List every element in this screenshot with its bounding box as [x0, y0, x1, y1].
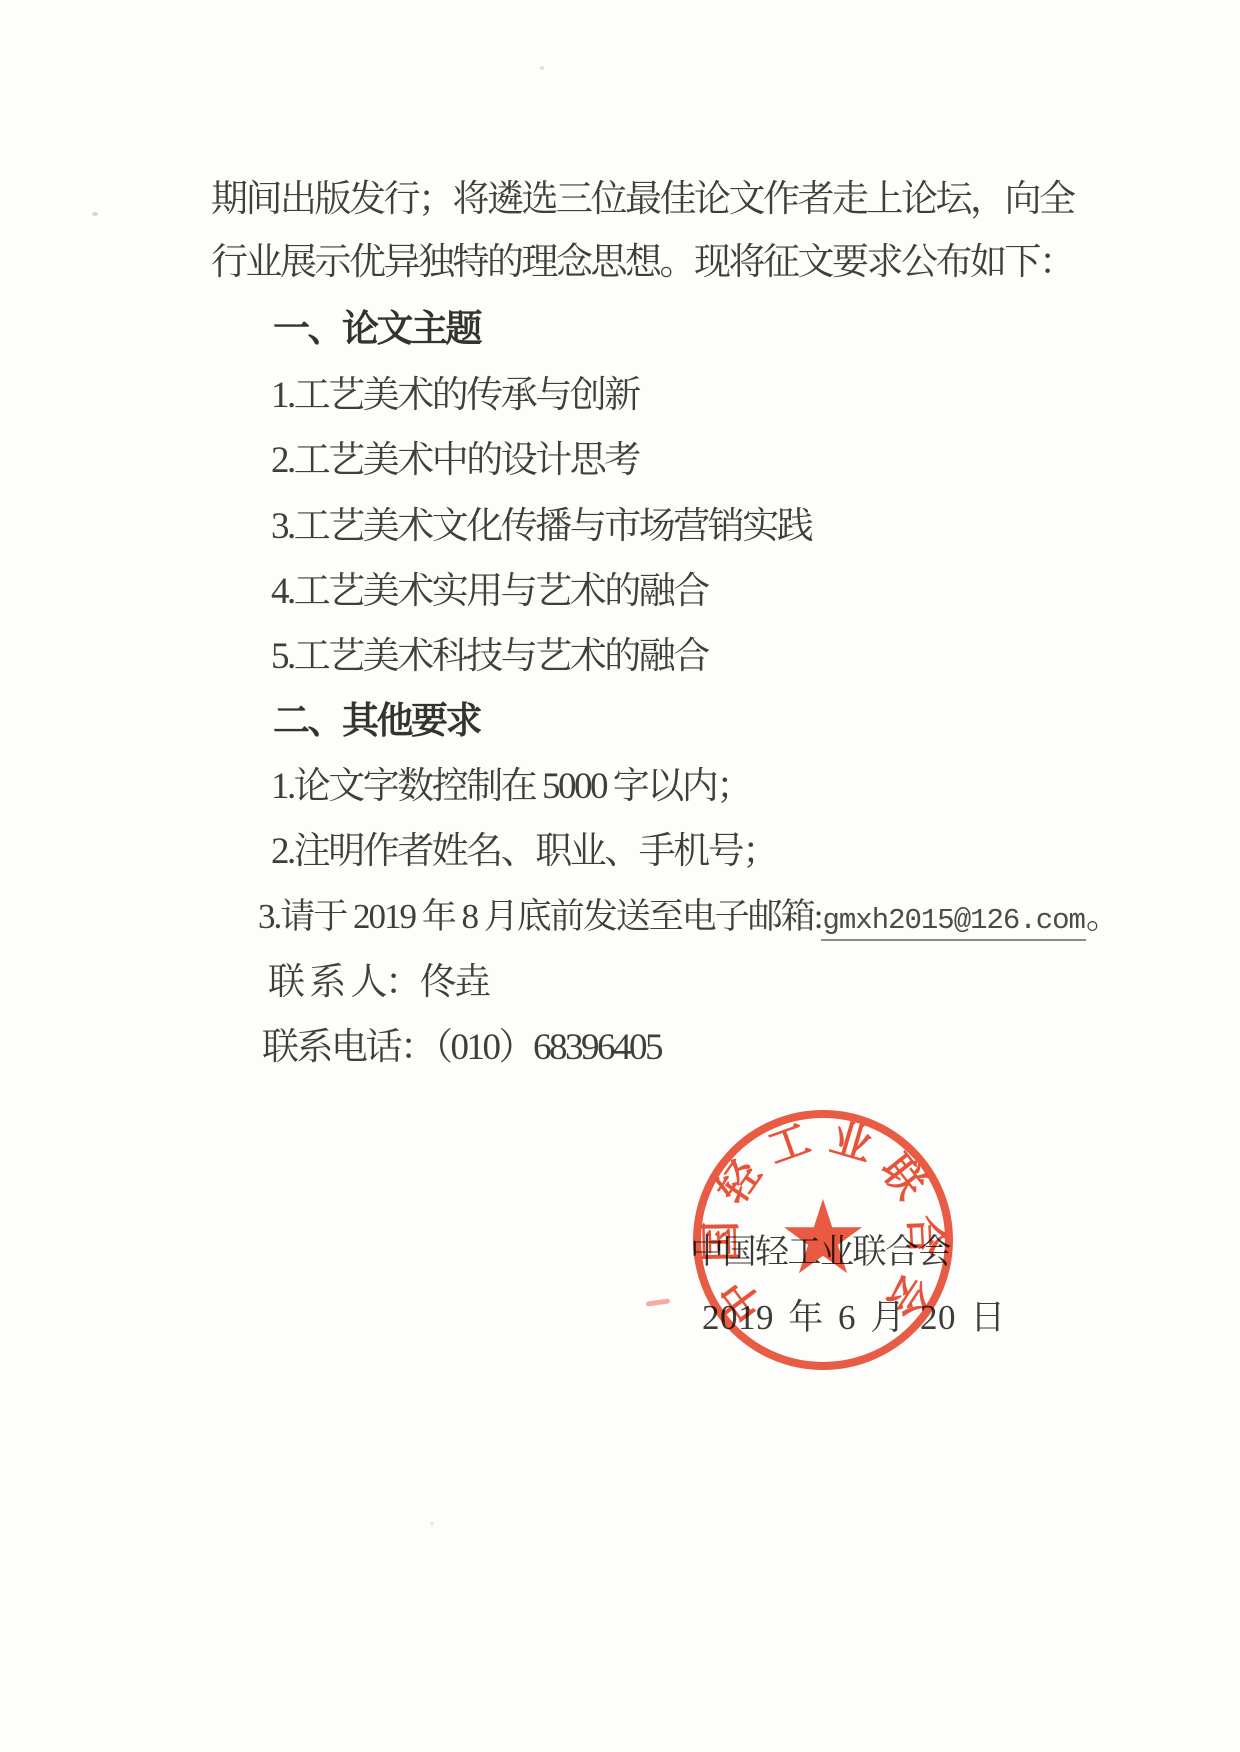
scan-speck — [430, 1522, 434, 1525]
scan-speck — [92, 212, 98, 216]
email-address: gmxh2015@126.com — [821, 904, 1085, 941]
intro-line-1: 期间出版发行；将遴选三位最佳论文作者走上论坛，向全 — [211, 181, 1074, 218]
requirement-item-1: 1.论文字数控制在 5000 字以内； — [271, 768, 751, 805]
contact-phone-line: 联系电话：（010）68396405 — [262, 1029, 661, 1066]
topic-item-2: 2.工艺美术中的设计思考 — [271, 442, 639, 479]
deadline-text: 3.请于 2019 年 8 月底前发送至电子邮箱: — [258, 897, 821, 936]
topic-item-4: 4.工艺美术实用与艺术的融合 — [271, 573, 708, 610]
topic-item-3: 3.工艺美术文化传播与市场营销实践 — [271, 508, 811, 545]
section-heading-topics: 一、论文主题 — [273, 311, 480, 348]
signature-date: 2019 年 6 月 20 日 — [702, 1290, 1006, 1340]
signature-org-name: 中国轻工业联合会 — [690, 1224, 950, 1273]
topic-item-1: 1.工艺美术的传承与创新 — [271, 377, 639, 414]
intro-line-2: 行业展示优异独特的理念思想。现将征文要求公布如下： — [211, 244, 1074, 281]
scan-speck — [540, 66, 544, 70]
contact-person-line: 联 系 人：佟垚 — [268, 964, 489, 1001]
requirement-item-3-deadline: 3.请于 2019 年 8 月底前发送至电子邮箱:gmxh2015@126.co… — [258, 899, 1119, 935]
topic-item-5: 5.工艺美术科技与艺术的融合 — [271, 638, 708, 675]
section-heading-requirements: 二、其他要求 — [273, 703, 480, 740]
scanned-document-page: 期间出版发行；将遴选三位最佳论文作者走上论坛，向全 行业展示优异独特的理念思想。… — [0, 0, 1240, 1752]
requirement-item-2: 2.注明作者姓名、职业、手机号； — [271, 833, 777, 870]
deadline-period: 。 — [1086, 897, 1119, 936]
seal-ink-smudge — [646, 1298, 670, 1306]
